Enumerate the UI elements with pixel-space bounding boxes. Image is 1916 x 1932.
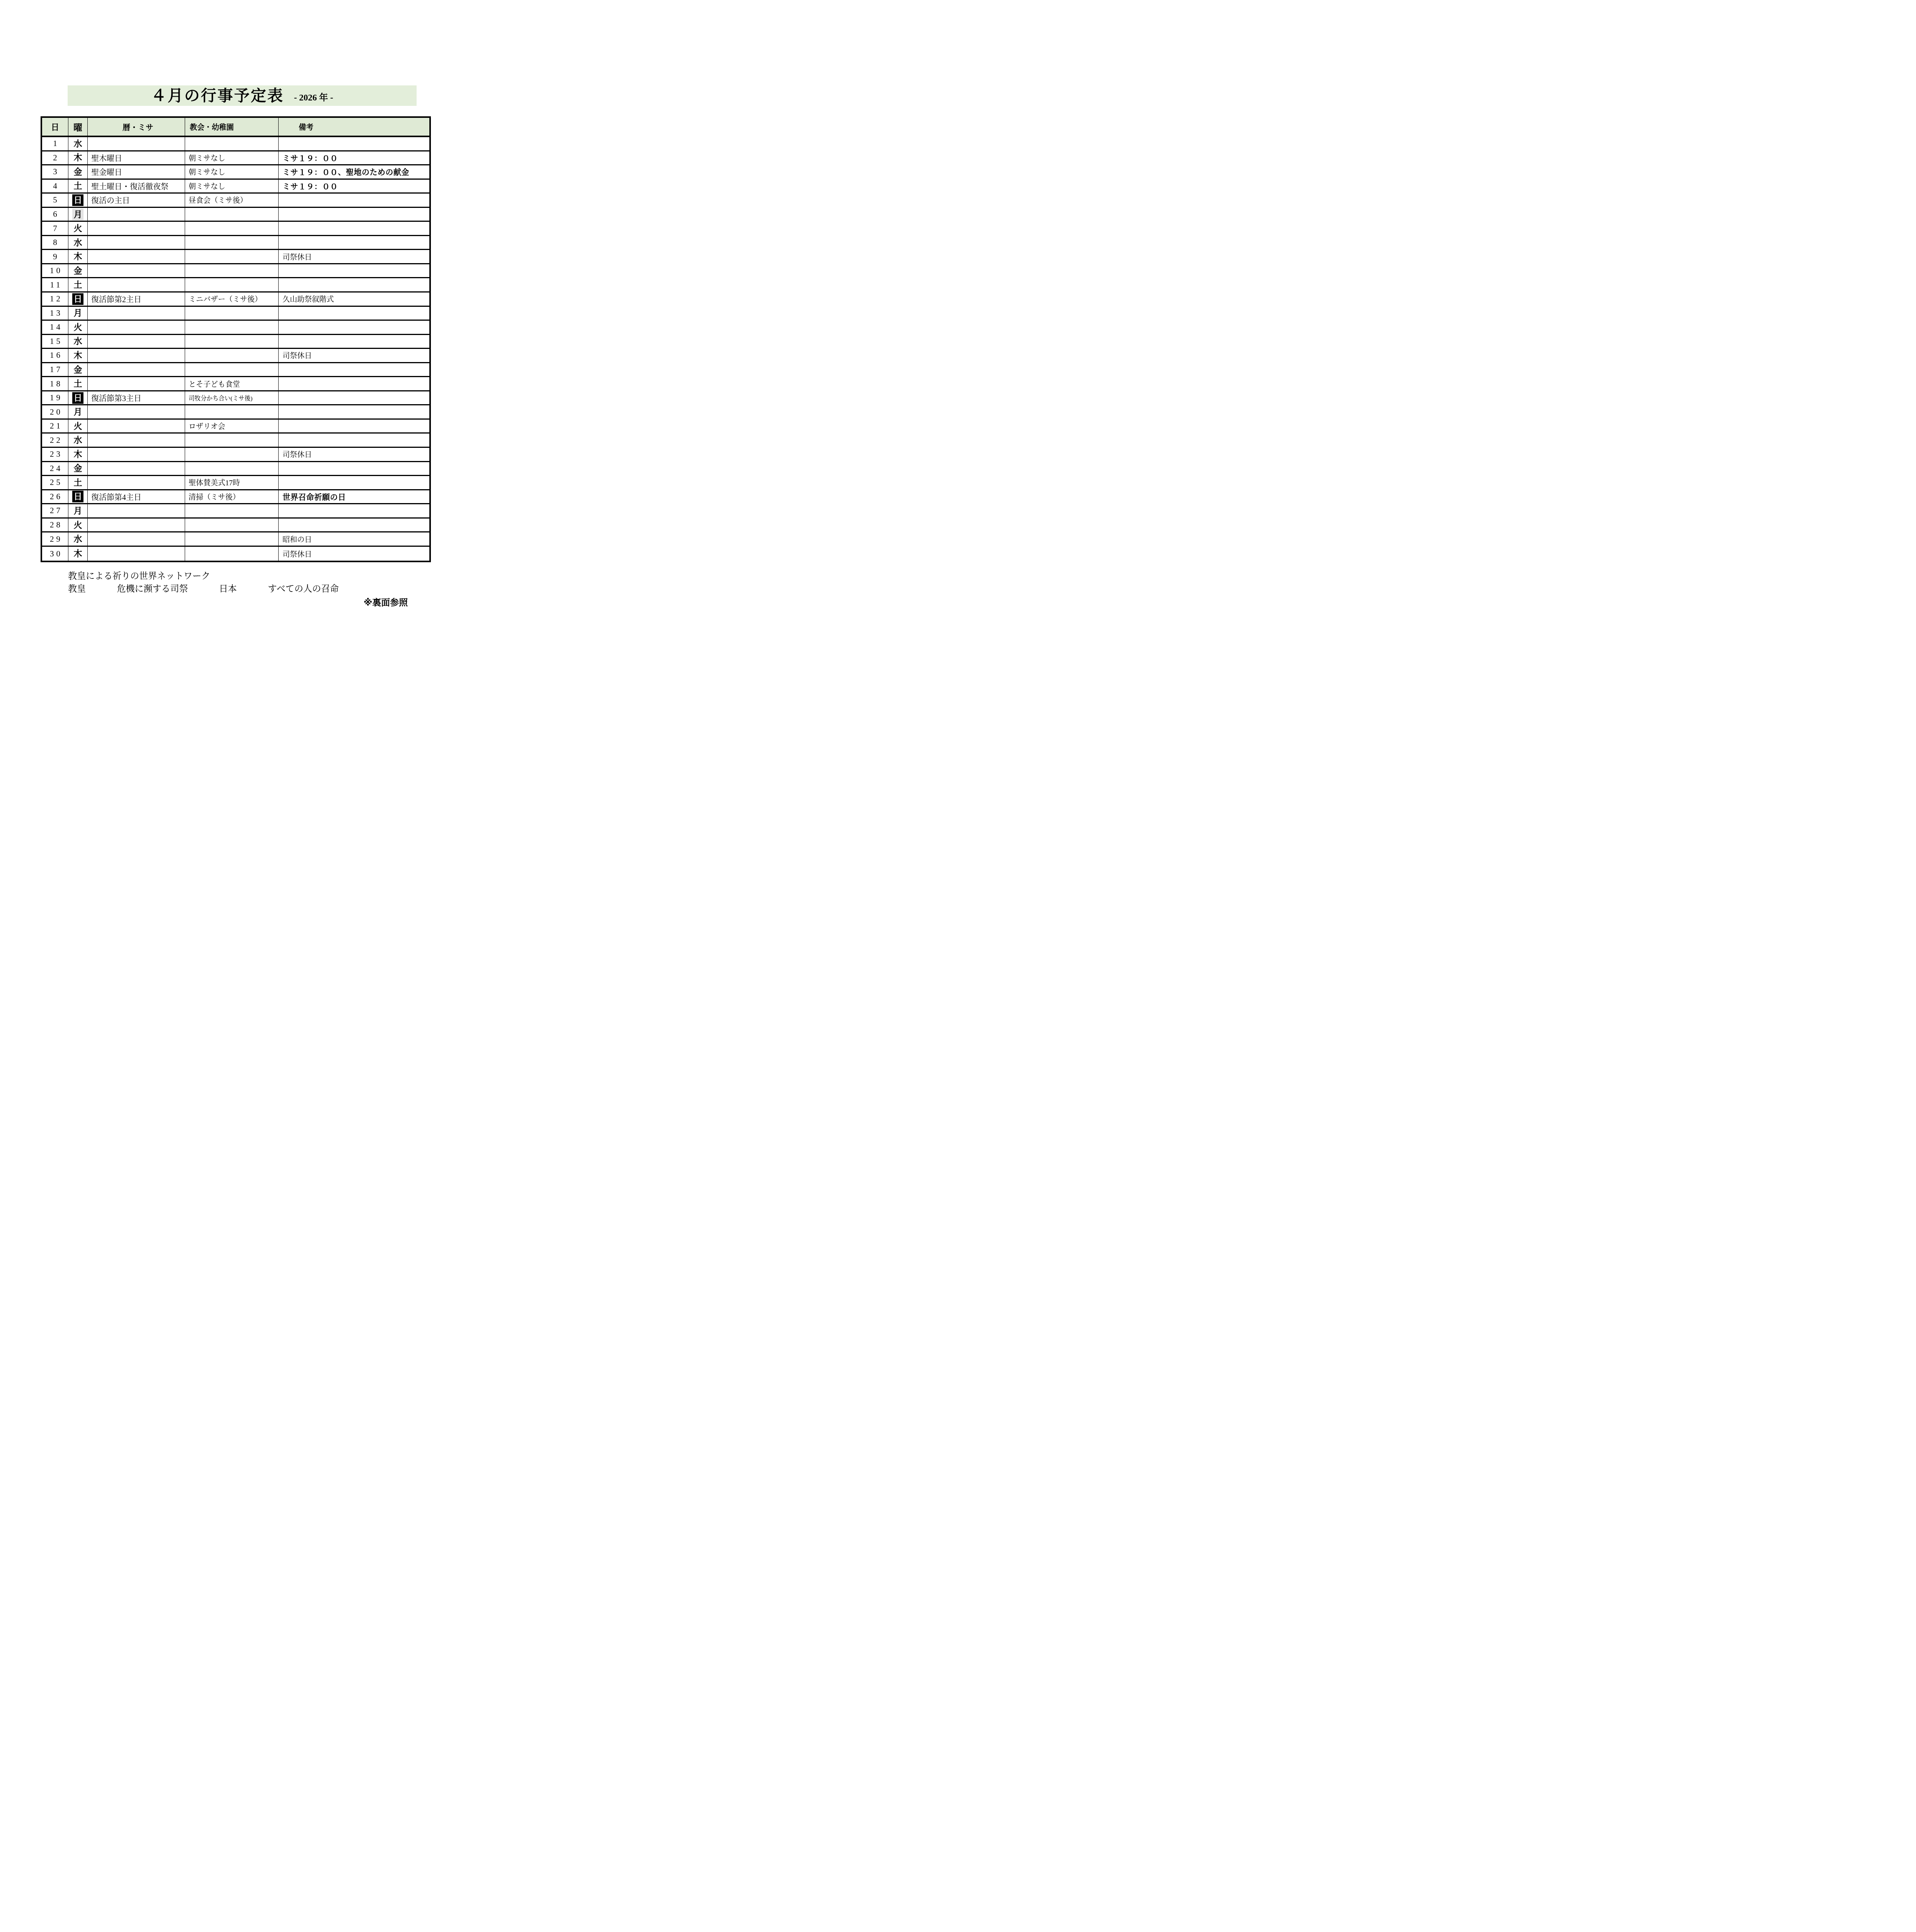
weekday-cell: 土 <box>68 377 88 390</box>
church-kindergarten-text <box>185 462 279 475</box>
remarks-text <box>279 264 429 277</box>
church-kindergarten-text <box>185 335 279 348</box>
calendar-mass-text <box>88 222 185 235</box>
table-row: 9木司祭休日 <box>42 250 429 264</box>
remarks-text: 司祭休日 <box>279 250 429 263</box>
day-number: 14 <box>42 321 68 334</box>
church-kindergarten-text <box>185 137 279 150</box>
calendar-mass-text <box>88 236 185 249</box>
church-kindergarten-text: ミニバザー（ミサ後） <box>185 293 279 306</box>
weekday-marker: 木 <box>72 548 83 560</box>
day-number: 2 <box>42 151 68 165</box>
table-row: 30木司祭休日 <box>42 547 429 561</box>
table-row: 15水 <box>42 335 429 349</box>
weekday-cell: 水 <box>68 137 88 150</box>
remarks-text: ミサ１９：００ <box>279 151 429 165</box>
day-number: 15 <box>42 335 68 348</box>
weekday-cell: 水 <box>68 335 88 348</box>
weekday-marker: 水 <box>72 335 83 347</box>
footer-intention-japan: 日本 <box>219 583 237 594</box>
header-church-kindergarten: 教会・幼稚園 <box>185 118 279 136</box>
church-kindergarten-text <box>185 349 279 362</box>
table-row: 27月 <box>42 504 429 519</box>
calendar-mass-text <box>88 434 185 447</box>
remarks-text <box>279 137 429 150</box>
calendar-mass-text <box>88 363 185 376</box>
calendar-mass-text: 復活の主日 <box>88 194 185 207</box>
church-kindergarten-text <box>185 519 279 532</box>
table-row: 26日復活節第4主日清掃（ミサ後）世界召命祈願の日 <box>42 490 429 505</box>
table-row: 12日復活節第2主日ミニバザー（ミサ後）久山助祭叙階式 <box>42 293 429 307</box>
remarks-text: 世界召命祈願の日 <box>279 490 429 503</box>
church-kindergarten-text <box>185 405 279 418</box>
remarks-text <box>279 208 429 221</box>
remarks-text <box>279 405 429 418</box>
footer-see-reverse-note: ※裏面参照 <box>364 597 408 608</box>
church-kindergarten-text <box>185 278 279 291</box>
weekday-marker: 火 <box>72 223 83 234</box>
weekday-cell: 水 <box>68 532 88 546</box>
remarks-text <box>279 434 429 447</box>
table-row: 19日復活節第3主日司牧分かち合い(ミサ後) <box>42 391 429 406</box>
table-row: 10金 <box>42 264 429 279</box>
calendar-mass-text <box>88 476 185 489</box>
weekday-marker: 月 <box>72 505 83 517</box>
table-row: 13月 <box>42 307 429 321</box>
calendar-mass-text <box>88 208 185 221</box>
header-calendar-mass: 暦・ミサ <box>88 118 185 136</box>
weekday-marker: 火 <box>72 519 83 531</box>
calendar-mass-text <box>88 504 185 517</box>
table-row: 8水 <box>42 236 429 250</box>
weekday-marker: 火 <box>72 420 83 432</box>
weekday-cell: 金 <box>68 363 88 376</box>
weekday-marker: 金 <box>72 166 83 178</box>
weekday-cell: 火 <box>68 519 88 532</box>
table-row: 6月 <box>42 208 429 222</box>
church-kindergarten-text: 清掃（ミサ後） <box>185 490 279 503</box>
weekday-marker: 土 <box>72 378 83 389</box>
remarks-text: 司祭休日 <box>279 547 429 561</box>
day-number: 12 <box>42 293 68 306</box>
weekday-cell: 土 <box>68 180 88 193</box>
table-row: 28火 <box>42 519 429 533</box>
remarks-text: 久山助祭叙階式 <box>279 293 429 306</box>
calendar-mass-text: 聖土曜日・復活徹夜祭 <box>88 180 185 193</box>
remarks-text <box>279 222 429 235</box>
page: { "title": { "main": "４月の行事予定表", "suffix… <box>0 0 479 678</box>
church-kindergarten-text <box>185 222 279 235</box>
header-remarks: 備考 <box>279 118 429 136</box>
calendar-mass-text <box>88 532 185 546</box>
church-kindergarten-text: 朝ミサなし <box>185 151 279 165</box>
calendar-mass-text <box>88 462 185 475</box>
day-number: 26 <box>42 490 68 503</box>
church-kindergarten-text <box>185 264 279 277</box>
table-row: 24金 <box>42 462 429 476</box>
table-row: 11土 <box>42 278 429 293</box>
table-row: 25土聖体賛美式17時 <box>42 476 429 490</box>
weekday-marker: 水 <box>72 533 83 545</box>
weekday-cell: 火 <box>68 420 88 433</box>
remarks-text: 昭和の日 <box>279 532 429 546</box>
table-row: 29水昭和の日 <box>42 532 429 547</box>
church-kindergarten-text <box>185 532 279 546</box>
weekday-cell: 月 <box>68 405 88 418</box>
remarks-text: ミサ１９：００ <box>279 180 429 193</box>
header-weekday: 曜 <box>68 118 88 136</box>
day-number: 9 <box>42 250 68 263</box>
remarks-text <box>279 377 429 390</box>
weekday-cell: 月 <box>68 307 88 320</box>
day-number: 4 <box>42 180 68 193</box>
day-number: 23 <box>42 448 68 461</box>
calendar-mass-text <box>88 250 185 263</box>
remarks-text <box>279 335 429 348</box>
church-kindergarten-text <box>185 250 279 263</box>
calendar-mass-text <box>88 519 185 532</box>
page-title-year: - 2026 年 - <box>294 93 334 102</box>
church-kindergarten-text <box>185 448 279 461</box>
church-kindergarten-text: 昼食会（ミサ後） <box>185 194 279 207</box>
table-row: 22水 <box>42 434 429 448</box>
calendar-mass-text <box>88 405 185 418</box>
remarks-text <box>279 363 429 376</box>
day-number: 10 <box>42 264 68 277</box>
remarks-text <box>279 278 429 291</box>
calendar-mass-text <box>88 278 185 291</box>
weekday-marker: 月 <box>72 307 83 319</box>
header-day: 日 <box>42 118 68 136</box>
calendar-mass-text <box>88 377 185 390</box>
weekday-marker: 水 <box>72 138 83 150</box>
remarks-text: 司祭休日 <box>279 349 429 362</box>
weekday-cell: 金 <box>68 165 88 179</box>
day-number: 19 <box>42 391 68 405</box>
weekday-marker: 日 <box>72 491 83 502</box>
table-row: 1水 <box>42 137 429 151</box>
church-kindergarten-text <box>185 307 279 320</box>
church-kindergarten-text: ロザリオ会 <box>185 420 279 433</box>
remarks-text <box>279 519 429 532</box>
remarks-text <box>279 476 429 489</box>
weekday-cell: 水 <box>68 236 88 249</box>
day-number: 30 <box>42 547 68 561</box>
church-kindergarten-text <box>185 208 279 221</box>
day-number: 28 <box>42 519 68 532</box>
day-number: 17 <box>42 363 68 376</box>
church-kindergarten-text: 聖体賛美式17時 <box>185 476 279 489</box>
footer-intention-priests: 危機に瀕する司祭 <box>117 583 188 594</box>
day-number: 6 <box>42 208 68 221</box>
church-kindergarten-text: 朝ミサなし <box>185 180 279 193</box>
day-number: 5 <box>42 194 68 207</box>
weekday-marker: 日 <box>72 392 83 404</box>
table-row: 14火 <box>42 321 429 335</box>
table-row: 4土聖土曜日・復活徹夜祭朝ミサなしミサ１９：００ <box>42 180 429 194</box>
remarks-text: ミサ１９：００、聖地のための献金 <box>279 165 429 179</box>
church-kindergarten-text <box>185 363 279 376</box>
day-number: 25 <box>42 476 68 489</box>
weekday-marker: 土 <box>72 477 83 488</box>
church-kindergarten-text <box>185 547 279 561</box>
weekday-cell: 水 <box>68 434 88 447</box>
weekday-cell: 月 <box>68 504 88 517</box>
weekday-marker: 土 <box>72 180 83 192</box>
remarks-text <box>279 236 429 249</box>
weekday-cell: 金 <box>68 462 88 475</box>
table-row: 16木司祭休日 <box>42 349 429 363</box>
calendar-mass-text: 復活節第2主日 <box>88 293 185 306</box>
table-row: 2木聖木曜日朝ミサなしミサ１９：００ <box>42 151 429 166</box>
weekday-marker: 水 <box>72 434 83 446</box>
remarks-text <box>279 321 429 334</box>
day-number: 16 <box>42 349 68 362</box>
remarks-text <box>279 462 429 475</box>
remarks-text <box>279 504 429 517</box>
table-row: 7火 <box>42 222 429 236</box>
table-row: 3金聖金曜日朝ミサなしミサ１９：００、聖地のための献金 <box>42 165 429 180</box>
church-kindergarten-text <box>185 504 279 517</box>
day-number: 27 <box>42 504 68 517</box>
weekday-marker: 日 <box>72 293 83 305</box>
day-number: 1 <box>42 137 68 150</box>
weekday-cell: 月 <box>68 208 88 221</box>
calendar-mass-text <box>88 547 185 561</box>
weekday-cell: 木 <box>68 151 88 165</box>
day-number: 18 <box>42 377 68 390</box>
day-number: 20 <box>42 405 68 418</box>
weekday-marker: 火 <box>72 321 83 333</box>
church-kindergarten-text <box>185 236 279 249</box>
weekday-cell: 日 <box>68 293 88 306</box>
remarks-text <box>279 391 429 405</box>
table-row: 23木司祭休日 <box>42 448 429 462</box>
table-header-row: 日 曜 暦・ミサ 教会・幼稚園 備考 <box>42 118 429 137</box>
calendar-mass-text <box>88 349 185 362</box>
remarks-text: 司祭休日 <box>279 448 429 461</box>
church-kindergarten-text <box>185 434 279 447</box>
weekday-cell: 土 <box>68 278 88 291</box>
weekday-marker: 木 <box>72 449 83 460</box>
day-number: 21 <box>42 420 68 433</box>
schedule-rows: 1水2木聖木曜日朝ミサなしミサ１９：００3金聖金曜日朝ミサなしミサ１９：００、聖… <box>42 137 429 561</box>
church-kindergarten-text <box>185 321 279 334</box>
weekday-cell: 木 <box>68 448 88 461</box>
calendar-mass-text: 聖木曜日 <box>88 151 185 165</box>
calendar-mass-text <box>88 448 185 461</box>
remarks-text <box>279 194 429 207</box>
weekday-marker: 水 <box>72 237 83 248</box>
weekday-marker: 土 <box>72 279 83 291</box>
footer-prayer-network: 教皇による祈りの世界ネットワーク <box>68 571 210 582</box>
table-row: 20月 <box>42 405 429 420</box>
calendar-mass-text <box>88 307 185 320</box>
weekday-cell: 火 <box>68 321 88 334</box>
calendar-mass-text <box>88 137 185 150</box>
weekday-cell: 火 <box>68 222 88 235</box>
church-kindergarten-text: とそ子ども食堂 <box>185 377 279 390</box>
page-title: ４月の行事予定表 <box>151 88 284 104</box>
weekday-marker: 日 <box>72 194 83 206</box>
weekday-cell: 金 <box>68 264 88 277</box>
church-kindergarten-text: 司牧分かち合い(ミサ後) <box>185 391 279 405</box>
weekday-cell: 土 <box>68 476 88 489</box>
footer-intention-vocation: すべての人の召命 <box>268 583 339 594</box>
table-row: 18土とそ子ども食堂 <box>42 377 429 391</box>
calendar-mass-text: 復活節第4主日 <box>88 490 185 503</box>
weekday-marker: 金 <box>72 265 83 277</box>
weekday-cell: 木 <box>68 250 88 263</box>
calendar-mass-text: 聖金曜日 <box>88 165 185 179</box>
remarks-text <box>279 420 429 433</box>
weekday-cell: 日 <box>68 391 88 405</box>
weekday-cell: 木 <box>68 349 88 362</box>
table-row: 5日復活の主日昼食会（ミサ後） <box>42 194 429 208</box>
weekday-marker: 金 <box>72 364 83 376</box>
weekday-marker: 月 <box>72 209 83 220</box>
weekday-marker: 月 <box>72 406 83 418</box>
calendar-mass-text: 復活節第3主日 <box>88 391 185 405</box>
day-number: 22 <box>42 434 68 447</box>
weekday-marker: 金 <box>72 463 83 474</box>
calendar-mass-text <box>88 264 185 277</box>
day-number: 13 <box>42 307 68 320</box>
day-number: 8 <box>42 236 68 249</box>
calendar-mass-text <box>88 321 185 334</box>
schedule-table: 日 曜 暦・ミサ 教会・幼稚園 備考 1水2木聖木曜日朝ミサなしミサ１９：００3… <box>41 116 431 562</box>
footer-intention-pope: 教皇 <box>68 583 86 594</box>
remarks-text <box>279 307 429 320</box>
church-kindergarten-text: 朝ミサなし <box>185 165 279 179</box>
weekday-cell: 木 <box>68 547 88 561</box>
day-number: 3 <box>42 165 68 179</box>
weekday-cell: 日 <box>68 194 88 207</box>
weekday-cell: 日 <box>68 490 88 503</box>
weekday-marker: 木 <box>72 251 83 262</box>
day-number: 29 <box>42 532 68 546</box>
day-number: 7 <box>42 222 68 235</box>
calendar-mass-text <box>88 335 185 348</box>
day-number: 24 <box>42 462 68 475</box>
weekday-marker: 木 <box>72 152 83 163</box>
calendar-mass-text <box>88 420 185 433</box>
footer-intentions: 教皇 危機に瀕する司祭 日本 すべての人の召命 <box>68 583 339 594</box>
title-banner: ４月の行事予定表 - 2026 年 - <box>68 85 417 106</box>
day-number: 11 <box>42 278 68 291</box>
weekday-marker: 木 <box>72 350 83 361</box>
table-row: 21火ロザリオ会 <box>42 420 429 434</box>
table-row: 17金 <box>42 363 429 378</box>
